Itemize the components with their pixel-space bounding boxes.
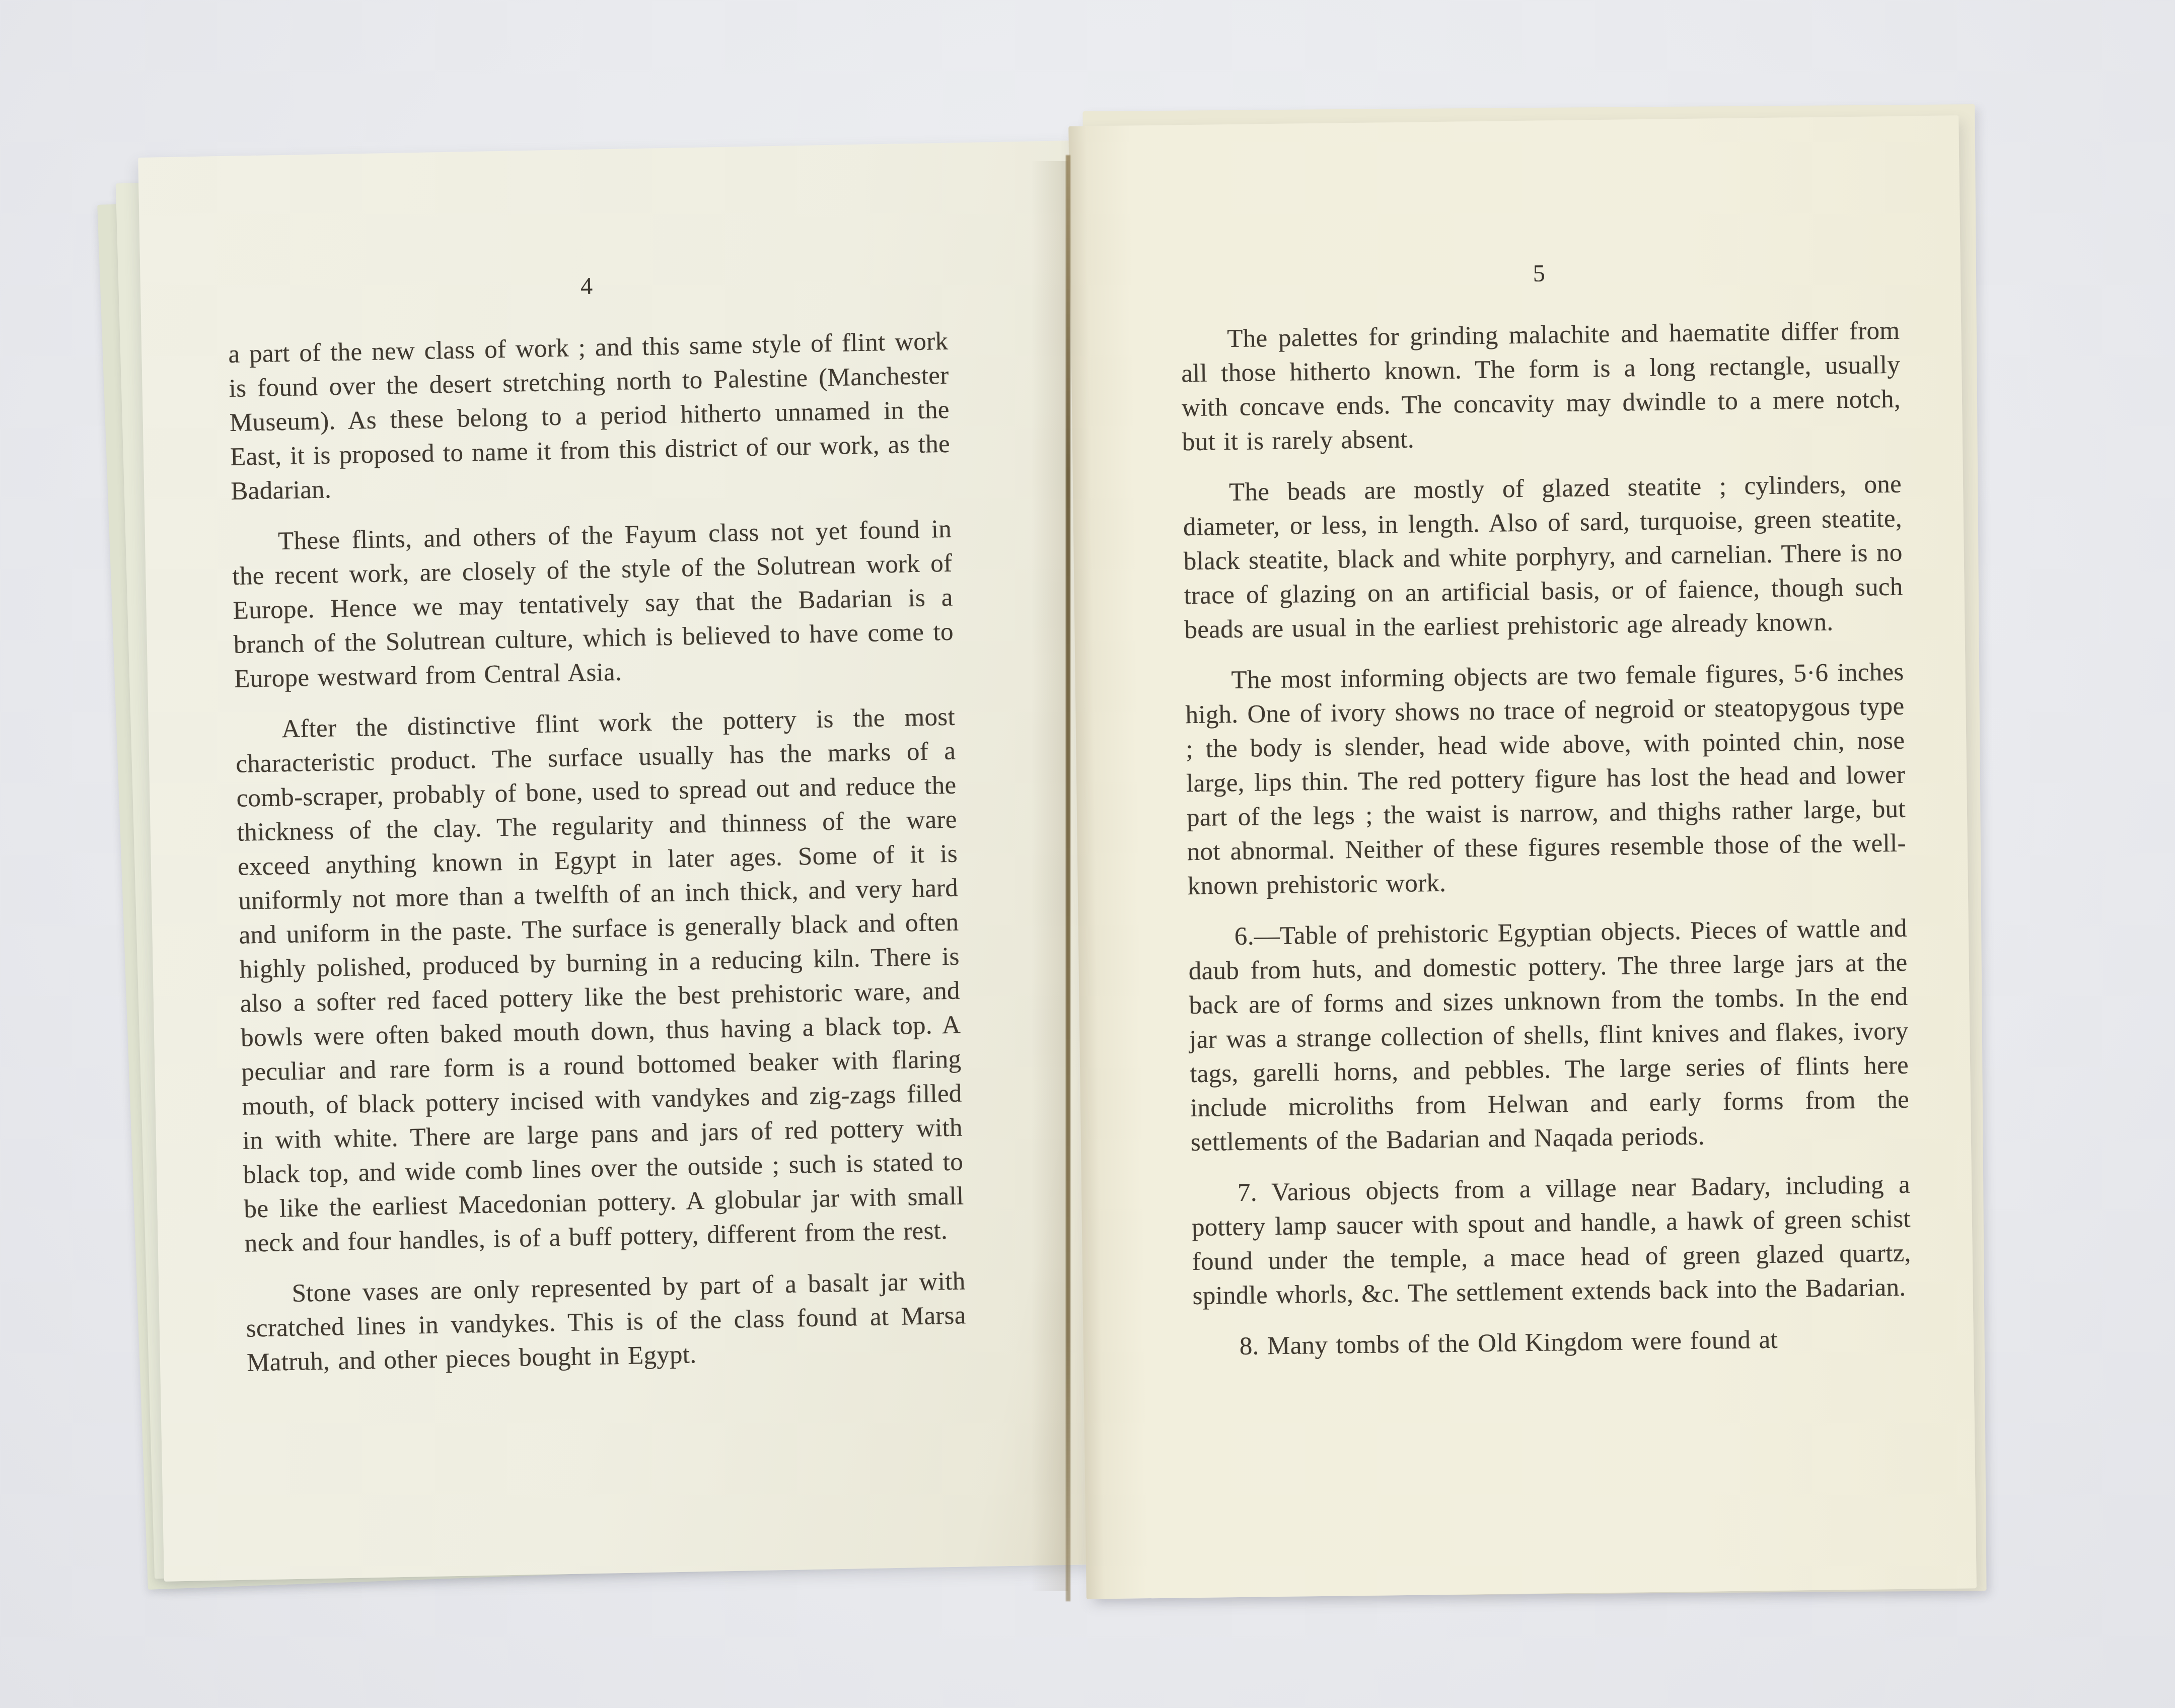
paragraph: Stone vases are only represented by part…: [245, 1264, 967, 1380]
photographed-booklet-scan: { "document_kind": "open printed booklet…: [0, 0, 2175, 1708]
spine-gutter: [1066, 155, 1070, 1601]
left-page-body: a part of the new class of work ; and th…: [228, 324, 967, 1380]
paragraph: The beads are mostly of glazed steatite …: [1183, 467, 1904, 647]
spine-fold-shadow: [1031, 161, 1068, 1591]
right-page: 5 The palettes for grinding malachite an…: [1068, 115, 1977, 1599]
paragraph: The palettes for grinding malachite and …: [1181, 314, 1901, 459]
paragraph: 8. Many tombs of the Old Kingdom were fo…: [1193, 1321, 1912, 1364]
paragraph: These flints, and others of the Fayum cl…: [232, 512, 955, 696]
right-page-body: The palettes for grinding malachite and …: [1181, 314, 1912, 1364]
right-page-content: 5 The palettes for grinding malachite an…: [1068, 115, 1977, 1599]
left-page: 4 a part of the new class of work ; and …: [138, 140, 1096, 1581]
paragraph: 6.—Table of prehistoric Egyptian objects…: [1188, 911, 1910, 1160]
paragraph: The most informing objects are two femal…: [1185, 655, 1907, 903]
right-page-number: 5: [1180, 256, 1900, 291]
paragraph: After the distinctive flint work the pot…: [235, 700, 965, 1261]
left-page-number: 4: [227, 267, 948, 306]
paragraph: 7. Various objects from a village near B…: [1191, 1168, 1912, 1313]
left-page-content: 4 a part of the new class of work ; and …: [138, 140, 1096, 1581]
paragraph: a part of the new class of work ; and th…: [228, 324, 951, 509]
